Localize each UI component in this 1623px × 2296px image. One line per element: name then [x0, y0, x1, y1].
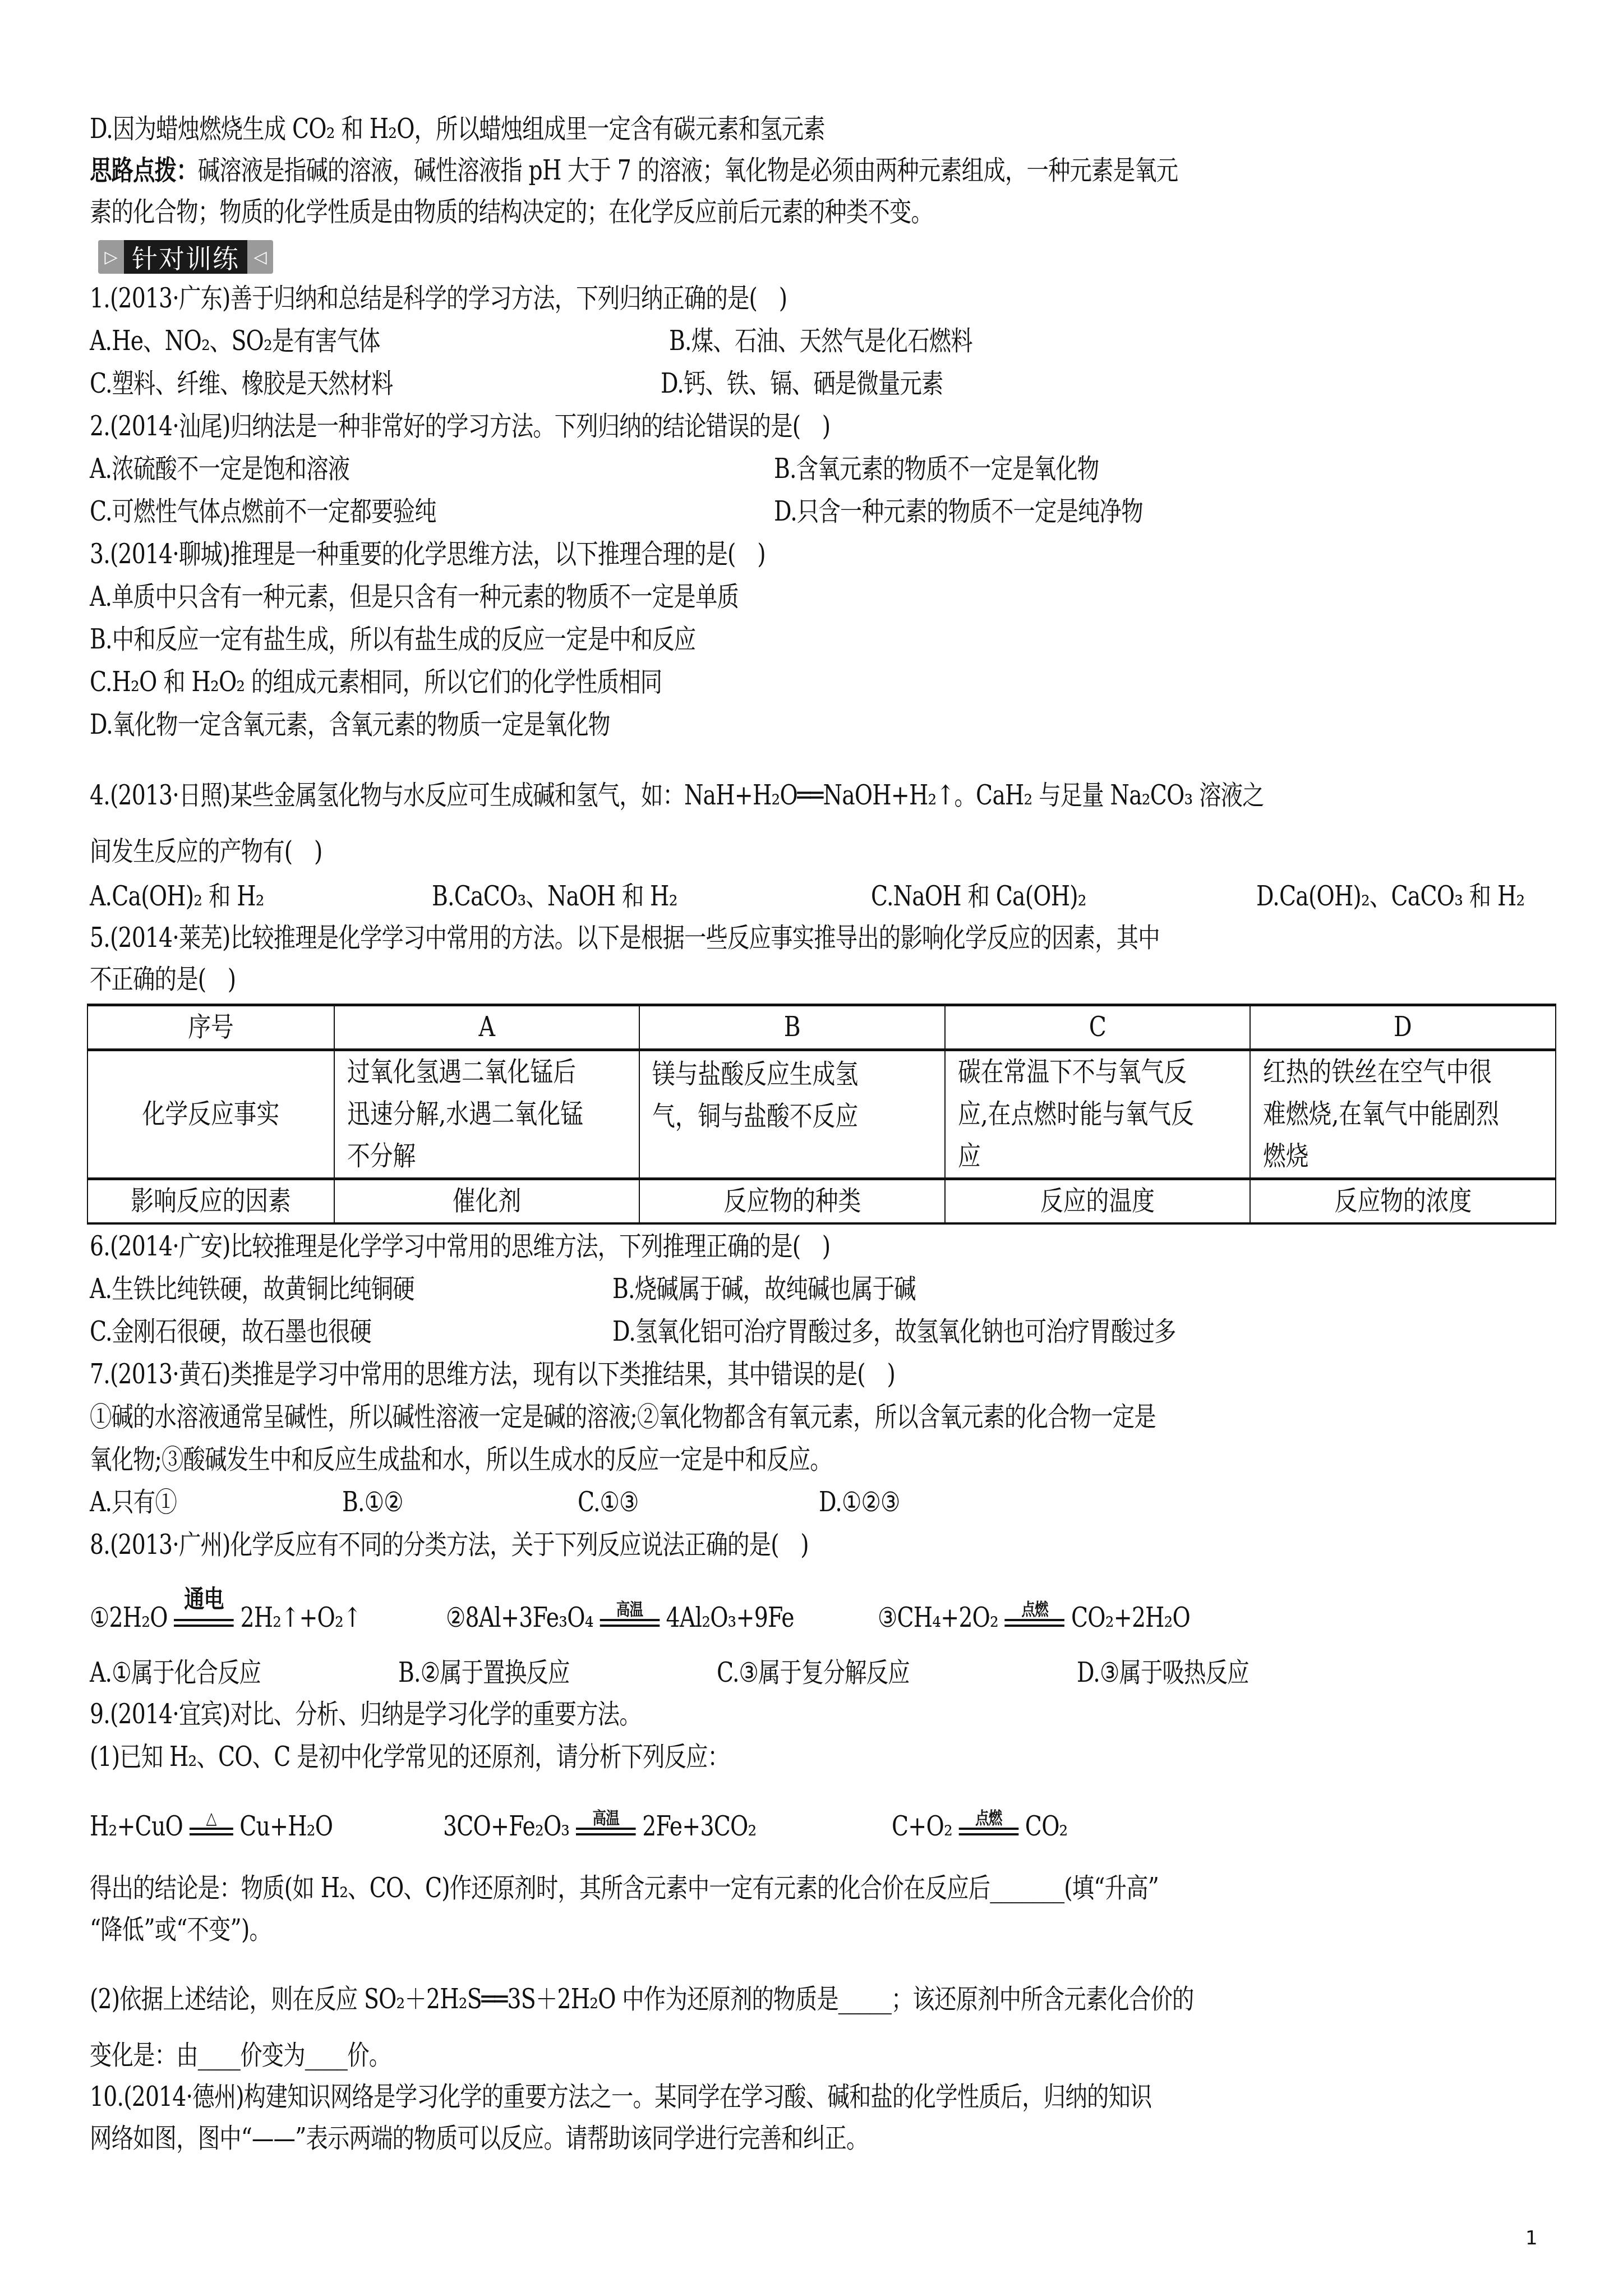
q8-option-d: D.③属于吸热反应	[1077, 1655, 1249, 1691]
section-title: 针对训练	[124, 240, 247, 274]
equals-sign-icon: 通电	[174, 1613, 234, 1627]
q7-option-c: C.①③	[578, 1484, 639, 1520]
hint-line-1: 思路点拨：碱溶液是指碱的溶液，碱性溶液指 pH 大于 7 的溶液；氧化物是必须由…	[90, 153, 1178, 188]
q4-option-b: B.CaCO₃、NaOH 和 H₂	[432, 878, 677, 914]
q7-stem: 7.(2013·黄石)类推是学习中常用的思维方法，现有以下类推结果，其中错误的是…	[90, 1356, 895, 1392]
document-page: D.因为蜡烛燃烧生成 CO₂ 和 H₂O，所以蜡烛组成里一定含有碳元素和氢元素 …	[0, 0, 1623, 2296]
q6-option-b: B.烧碱属于碱，故纯碱也属于碱	[612, 1271, 916, 1307]
q8-equation-1: ①2H₂O 通电 2H₂↑+O₂↑	[90, 1600, 361, 1636]
q2-option-a: A.浓硫酸不一定是饱和溶液	[90, 451, 349, 487]
q1-stem: 1.(2013·广东)善于归纳和总结是科学的学习方法，下列归纳正确的是( )	[90, 280, 787, 316]
table-header-cell: C	[945, 1005, 1251, 1050]
table-cell: 化学反应事实	[87, 1050, 334, 1179]
q4-stem-line-1: 4.(2013·日照)某些金属氢化物与水反应可生成碱和氢气，如：NaH+H₂O═…	[90, 777, 1264, 813]
q7-option-d: D.①②③	[819, 1484, 900, 1520]
q5-stem-line-1: 5.(2014·莱芜)比较推理是化学学习中常用的方法。以下是根据一些反应事实推导…	[90, 920, 1160, 956]
equals-sign-icon: 点燃	[1005, 1613, 1065, 1627]
q1-option-a: A.He、NO₂、SO₂是有害气体	[90, 323, 380, 359]
q9-equation-3: C+O₂ 点燃 CO₂	[892, 1809, 1068, 1844]
q2-option-c: C.可燃性气体点燃前不一定都要验纯	[90, 494, 436, 530]
table-cell: 反应物的种类	[639, 1179, 945, 1224]
q9-part2-line-2: 变化是：由____价变为____价。	[90, 2037, 390, 2073]
q9-equation-2: 3CO+Fe₂O₃ 高温 2Fe+3CO₂	[443, 1809, 756, 1844]
table-header-cell: 序号	[87, 1005, 334, 1050]
q7-body-line-2: 氧化物;③酸碱发生中和反应生成盐和水，所以生成水的反应一定是中和反应。	[90, 1442, 832, 1478]
heat-triangle-icon: △	[190, 1822, 233, 1835]
q2-option-b: B.含氧元素的物质不一定是氧化物	[774, 451, 1099, 487]
q4-option-a: A.Ca(OH)₂ 和 H₂	[90, 878, 264, 914]
q8-stem: 8.(2013·广州)化学反应有不同的分类方法，关于下列反应说法正确的是( )	[90, 1527, 809, 1563]
q9-conclusion-line-2: “降低”或“不变”)。	[90, 1912, 271, 1948]
arrow-right-icon: ▷	[98, 240, 124, 274]
q4-option-c: C.NaOH 和 Ca(OH)₂	[871, 878, 1086, 914]
table-header-row: 序号 A B C D	[87, 1005, 1556, 1050]
table-cell: 镁与盐酸反应生成氢气，铜与盐酸不反应	[639, 1050, 945, 1179]
table-cell: 过氧化氢遇二氧化锰后迅速分解,水遇二氧化锰不分解	[334, 1050, 640, 1179]
q2-option-d: D.只含一种元素的物质不一定是纯净物	[774, 494, 1143, 530]
q1-option-d: D.钙、铁、镉、硒是微量元素	[661, 366, 943, 402]
q3-option-b: B.中和反应一定有盐生成，所以有盐生成的反应一定是中和反应	[90, 622, 695, 657]
q9-stem: 9.(2014·宜宾)对比、分析、归纳是学习化学的重要方法。	[90, 1696, 641, 1732]
q10-stem-line-2: 网络如图，图中“——”表示两端的物质可以反应。请帮助该同学进行完善和纠正。	[90, 2120, 868, 2156]
q5-stem-line-2: 不正确的是( )	[90, 961, 236, 997]
table-cell: 影响反应的因素	[87, 1179, 334, 1224]
q1-option-c: C.塑料、纤维、橡胶是天然材料	[90, 366, 393, 402]
q1-option-b: B.煤、石油、天然气是化石燃料	[669, 323, 972, 359]
q8-equation-2: ②8Al+3Fe₃O₄ 高温 4Al₂O₃+9Fe	[446, 1600, 794, 1636]
equals-sign-icon: 点燃	[959, 1822, 1019, 1835]
q7-option-b: B.①②	[342, 1484, 403, 1520]
q4-option-d: D.Ca(OH)₂、CaCO₃ 和 H₂	[1256, 878, 1525, 914]
q3-option-d: D.氧化物一定含氧元素，含氧元素的物质一定是氧化物	[90, 707, 610, 743]
table-cell: 催化剂	[334, 1179, 640, 1224]
q6-option-c: C.金刚石很硬，故石墨也很硬	[90, 1314, 371, 1350]
q7-body-line-1: ①碱的水溶液通常呈碱性，所以碱性溶液一定是碱的溶液;②氧化物都含有氧元素，所以含…	[90, 1399, 1156, 1435]
prev-option-d: D.因为蜡烛燃烧生成 CO₂ 和 H₂O，所以蜡烛组成里一定含有碳元素和氢元素	[90, 111, 825, 147]
arrow-left-icon: ◁	[247, 240, 273, 274]
q9-conclusion-line-1: 得出的结论是：物质(如 H₂、CO、C)作还原剂时，其所含元素中一定有元素的化合…	[90, 1870, 1159, 1906]
q3-option-a: A.单质中只含有一种元素，但是只含有一种元素的物质不一定是单质	[90, 579, 739, 615]
q8-equation-3: ③CH₄+2O₂ 点燃 CO₂+2H₂O	[878, 1600, 1190, 1636]
q5-table: 序号 A B C D 化学反应事实 过氧化氢遇二氧化锰后迅速分解,水遇二氧化锰不…	[87, 1004, 1556, 1225]
hint-label: 思路点拨：	[90, 155, 198, 186]
q6-option-a: A.生铁比纯铁硬，故黄铜比纯铜硬	[90, 1271, 414, 1307]
q8-option-b: B.②属于置换反应	[398, 1655, 570, 1691]
q6-option-d: D.氢氧化铝可治疗胃酸过多，故氢氧化钠也可治疗胃酸过多	[612, 1314, 1176, 1350]
q6-stem: 6.(2014·广安)比较推理是化学学习中常用的思维方法，下列推理正确的是( )	[90, 1228, 830, 1264]
table-cell: 红热的铁丝在空气中很难燃烧,在氧气中能剧烈燃烧	[1250, 1050, 1556, 1179]
q7-option-a: A.只有①	[90, 1484, 177, 1520]
q3-option-c: C.H₂O 和 H₂O₂ 的组成元素相同，所以它们的化学性质相同	[90, 664, 662, 700]
q9-part1: (1)已知 H₂、CO、C 是初中化学常见的还原剂，请分析下列反应：	[90, 1739, 729, 1775]
table-header-cell: B	[639, 1005, 945, 1050]
page-number: 1	[1525, 2227, 1538, 2249]
q3-stem: 3.(2014·聊城)推理是一种重要的化学思维方法，以下推理合理的是( )	[90, 536, 766, 572]
q10-stem-line-1: 10.(2014·德州)构建知识网络是学习化学的重要方法之一。某同学在学习酸、碱…	[90, 2079, 1152, 2115]
table-header-cell: A	[334, 1005, 640, 1050]
table-header-cell: D	[1250, 1005, 1556, 1050]
table-cell: 反应物的浓度	[1250, 1179, 1556, 1224]
hint-text-1: 碱溶液是指碱的溶液，碱性溶液指 pH 大于 7 的溶液；氧化物是必须由两种元素组…	[198, 155, 1178, 186]
equals-sign-icon: 高温	[576, 1822, 636, 1835]
q2-stem: 2.(2014·汕尾)归纳法是一种非常好的学习方法。下列归纳的结论错误的是( )	[90, 408, 830, 444]
q8-option-a: A.①属于化合反应	[90, 1655, 261, 1691]
equals-sign-icon: 高温	[600, 1613, 660, 1627]
table-cell: 碳在常温下不与氧气反应,在点燃时能与氧气反应	[945, 1050, 1251, 1179]
table-row: 影响反应的因素 催化剂 反应物的种类 反应的温度 反应物的浓度	[87, 1179, 1556, 1224]
table-cell: 反应的温度	[945, 1179, 1251, 1224]
table-row: 化学反应事实 过氧化氢遇二氧化锰后迅速分解,水遇二氧化锰不分解 镁与盐酸反应生成…	[87, 1050, 1556, 1179]
section-banner: ▷ 针对训练 ◁	[98, 240, 273, 274]
q8-option-c: C.③属于复分解反应	[717, 1655, 910, 1691]
hint-line-2: 素的化合物；物质的化学性质是由物质的结构决定的；在化学反应前后元素的种类不变。	[90, 194, 933, 230]
q9-equation-1: H₂+CuO △ Cu+H₂O	[90, 1809, 333, 1844]
q4-stem-line-2: 间发生反应的产物有( )	[90, 834, 322, 869]
q9-part2-line-1: (2)依据上述结论，则在反应 SO₂＋2H₂S══3S＋2H₂O 中作为还原剂的…	[90, 1981, 1194, 2017]
